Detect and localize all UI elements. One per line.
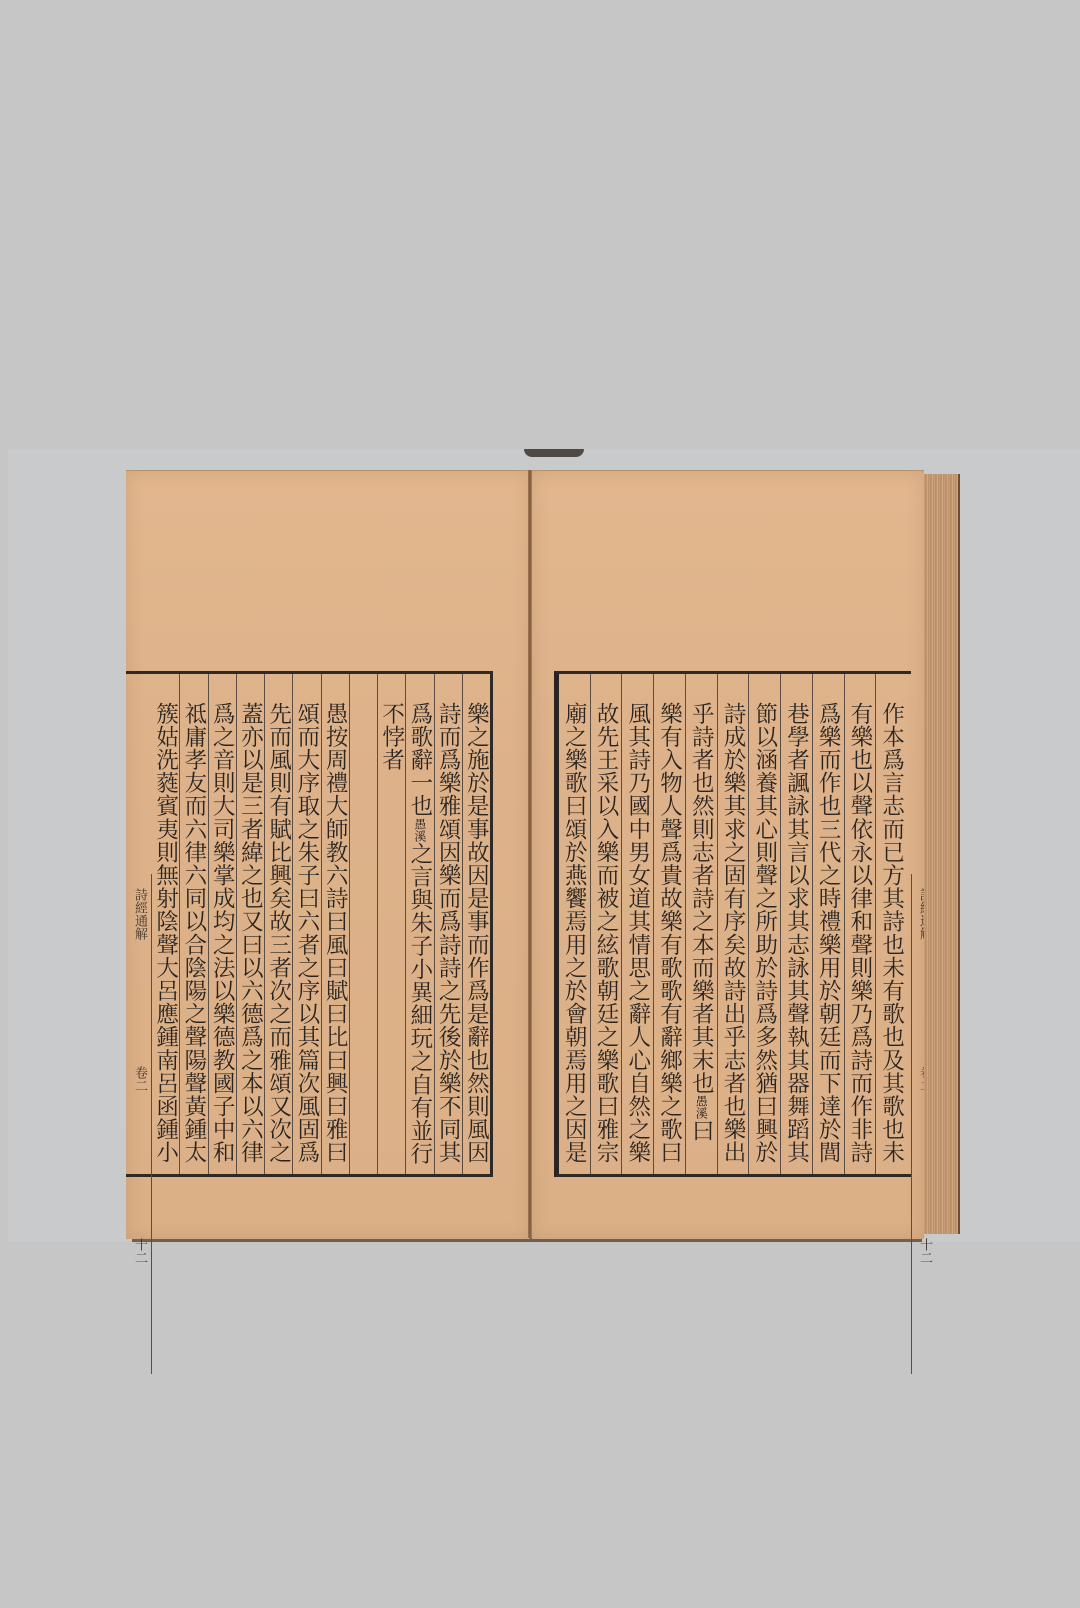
text-column: 乎詩者也然則志者詩之本而樂者其末也愚溪曰 — [685, 674, 717, 1174]
open-book: 詩經通解 卷二 十二 樂之施於是事故因是事而作爲是辭也然則風因 詩而爲樂雅頌因樂… — [126, 470, 961, 1238]
page-fold-shadow — [524, 449, 584, 457]
left-page: 詩經通解 卷二 十二 樂之施於是事故因是事而作爲是辭也然則風因 詩而爲樂雅頌因樂… — [126, 470, 530, 1239]
text-column: 爲之音則大司樂掌成均之法以樂德教國子中和 — [208, 674, 236, 1174]
text-segment: 爲歌辭一也 — [405, 702, 433, 818]
margin-book-title: 詩經通解 — [127, 888, 151, 940]
text-column: 作本爲言志而已方其詩也未有歌也及其歌也未 — [875, 674, 907, 1174]
right-page-columns: 作本爲言志而已方其詩也未有歌也及其歌也未 有樂也以聲依永以律和聲則樂乃爲詩而作非… — [559, 674, 907, 1174]
text-segment: 之言與朱子小異細玩之自有並行 — [405, 842, 433, 1165]
right-page-text-frame: 詩經通解 卷二 十二 作本爲言志而已方其詩也未有歌也及其歌也未 有樂也以聲依永以… — [554, 671, 911, 1177]
margin-page-number: 十二 — [127, 1238, 151, 1264]
left-page-margin-center: 詩經通解 卷二 十二 — [127, 874, 152, 1374]
left-page-text-frame: 詩經通解 卷二 十二 樂之施於是事故因是事而作爲是辭也然則風因 詩而爲樂雅頌因樂… — [126, 671, 493, 1177]
text-column: 風其詩乃國中男女道其情思之辭人心自然之樂 — [621, 674, 653, 1174]
text-column: 蓋亦以是三者緯之也又曰以六德爲之本以六律 — [236, 674, 264, 1174]
left-page-columns: 樂之施於是事故因是事而作爲是辭也然則風因 詩而爲樂雅頌因樂而爲詩詩之先後於樂不同… — [152, 674, 490, 1174]
text-column: 節以涵養其心則聲之所助於詩爲多然猶曰興於 — [748, 674, 780, 1174]
text-column: 爲樂而作也三代之時禮樂用於朝廷而下達於閭 — [812, 674, 844, 1174]
text-column: 故先王采以入樂而被之絃歌朝廷之樂歌曰雅宗 — [590, 674, 622, 1174]
text-column: 愚按周禮大師教六詩曰風曰賦曰比曰興曰雅曰 — [321, 674, 349, 1174]
text-column: 簇姑洗蕤賓夷則無射陰聲大呂應鍾南呂函鍾小 — [152, 674, 179, 1174]
text-column: 巷學者諷詠其言以求其志詠其聲執其器舞蹈其 — [780, 674, 812, 1174]
text-column: 有樂也以聲依永以律和聲則樂乃爲詩而作非詩 — [844, 674, 876, 1174]
text-segment: 曰 — [686, 1119, 716, 1142]
text-column: 樂之施於是事故因是事而作爲是辭也然則風因 — [462, 674, 490, 1174]
text-segment: 乎詩者也然則志者詩之本而樂者其末也 — [686, 702, 716, 1095]
text-column: 詩成於樂其求之固有序矣故詩出乎志者也樂出 — [717, 674, 749, 1174]
text-column: 祗庸孝友而六律六同以合陰陽之聲陽聲黃鍾太 — [179, 674, 207, 1174]
right-page: 詩經通解 卷二 十二 作本爲言志而已方其詩也未有歌也及其歌也未 有樂也以聲依永以… — [532, 470, 924, 1239]
text-column: 不悖者 — [377, 674, 405, 1174]
text-column: 樂有入物人聲爲貴故樂有歌歌有辭鄉樂之歌曰 — [653, 674, 685, 1174]
text-column: 爲歌辭一也愚溪之言與朱子小異細玩之自有並行 — [405, 674, 433, 1174]
margin-page-number: 十二 — [912, 1238, 936, 1264]
stacked-page-edges — [924, 474, 960, 1234]
text-column: 詩而爲樂雅頌因樂而爲詩詩之先後於樂不同其 — [434, 674, 462, 1174]
text-column: 先而風則有賦比興矣故三者次之而雅頌又次之 — [264, 674, 292, 1174]
margin-volume: 卷二 — [127, 1066, 151, 1092]
interlinear-note: 愚溪 — [405, 818, 433, 842]
text-column: 頌而大序取之朱子曰六者之序以其篇次風固爲 — [292, 674, 320, 1174]
text-column: 廟之樂歌曰頌於燕饗焉用之於會朝焉用之因是 — [559, 674, 590, 1174]
text-column — [349, 674, 377, 1174]
interlinear-note: 愚溪 — [686, 1095, 716, 1119]
